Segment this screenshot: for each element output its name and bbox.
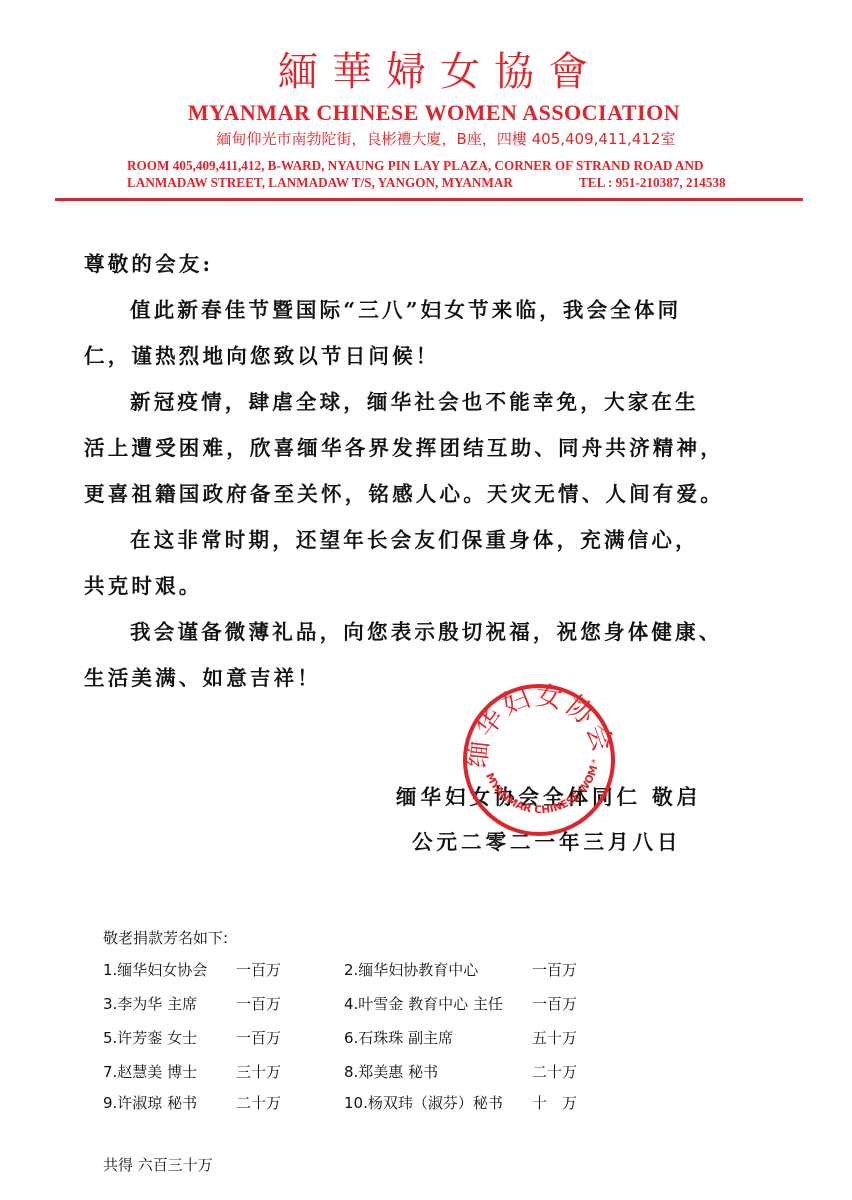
donation-row: 7.赵慧美 博士 三十万 8.郑美惠 秘书 二十万 (0, 1062, 852, 1086)
donor-name: 8.郑美惠 秘书 (344, 1062, 438, 1082)
donation-row: 3.李为华 主席 一百万 4.叶雪金 教育中心 主任 一百万 (0, 994, 852, 1018)
letterhead-address-cn: 緬甸仰光市南勃陀街，良彬禮大廈，B座，四樓 405,409,411,412室 (0, 128, 852, 150)
letter-page: 緬華婦女協會 MYANMAR CHINESE WOMEN ASSOCIATION… (0, 0, 852, 1200)
donation-row: 5.许芳銮 女士 一百万 6.石珠珠 副主席 五十万 (0, 1028, 852, 1052)
donor-name: 4.叶雪金 教育中心 主任 (344, 994, 503, 1014)
donation-amount: 一百万 (236, 960, 281, 980)
paragraph-1-line-1: 值此新春佳节暨国际“三八”妇女节来临，我会全体同 (130, 296, 830, 324)
donation-amount: 一百万 (236, 1028, 281, 1048)
donor-name: 7.赵慧美 博士 (103, 1062, 197, 1082)
letterhead-address-en-line2: LANMADAW STREET, LANMADAW T/S, YANGON, M… (127, 174, 737, 191)
paragraph-4-line-1: 我会谨备微薄礼品，向您表示殷切祝福，祝您身体健康、 (130, 618, 830, 646)
donor-name: 3.李为华 主席 (103, 994, 197, 1014)
donor-name: 6.石珠珠 副主席 (344, 1028, 453, 1048)
paragraph-1-line-2: 仁，谨热烈地向您致以节日问候！ (84, 342, 784, 370)
paragraph-2-line-3: 更喜祖籍国政府备至关怀，铭感人心。天灾无情、人间有爱。 (84, 480, 784, 508)
paragraph-3-line-2: 共克时艰。 (84, 572, 784, 600)
paragraph-2-line-2: 活上遭受困难，欣喜缅华各界发挥团结互助、同舟共济精神， (84, 434, 784, 462)
donation-row: 1.缅华妇女协会 一百万 2.缅华妇协教育中心 一百万 (0, 960, 852, 984)
donor-name: 10.杨双玮（淑芬）秘书 (344, 1093, 503, 1113)
svg-text:*: * (591, 758, 596, 769)
letterhead-telephone: TEL : 951-210387, 214538 (579, 174, 726, 191)
donation-amount: 十 万 (532, 1093, 577, 1113)
letterhead-title-en: MYANMAR CHINESE WOMEN ASSOCIATION (0, 100, 852, 126)
donation-amount: 五十万 (532, 1028, 577, 1048)
salutation: 尊敬的会友: (84, 250, 784, 278)
donations-total: 共得 六百三十万 (103, 1155, 213, 1175)
letterhead-divider (55, 198, 803, 201)
letterhead-address-en-line1: ROOM 405,409,411,412, B-WARD, NYAUNG PIN… (127, 157, 737, 174)
svg-text:*: * (481, 762, 486, 773)
donor-name: 2.缅华妇协教育中心 (344, 960, 478, 980)
seal-icon: 缅华妇女协会 MYANMAR CHINESE WOMEN ASSOCIATION… (459, 680, 619, 840)
letterhead-address-en-line2-text: LANMADAW STREET, LANMADAW T/S, YANGON, M… (127, 175, 513, 190)
donations-heading: 敬老捐款芳名如下: (103, 928, 228, 948)
donation-amount: 二十万 (236, 1093, 281, 1113)
donor-name: 1.缅华妇女协会 (103, 960, 207, 980)
association-seal: 缅华妇女协会 MYANMAR CHINESE WOMEN ASSOCIATION… (459, 680, 619, 840)
svg-text:缅华妇女协会: 缅华妇女协会 (461, 680, 618, 769)
donation-amount: 一百万 (236, 994, 281, 1014)
donation-amount: 一百万 (532, 960, 577, 980)
paragraph-4-line-2: 生活美满、如意吉祥！ (84, 664, 784, 692)
letterhead-title-cn: 緬華婦女協會 (0, 46, 852, 98)
donation-row: 9.许淑琼 秘书 二十万 10.杨双玮（淑芬）秘书 十 万 (0, 1093, 852, 1117)
donation-amount: 一百万 (532, 994, 577, 1014)
donor-name: 9.许淑琼 秘书 (103, 1093, 197, 1113)
donor-name: 5.许芳銮 女士 (103, 1028, 197, 1048)
donation-amount: 三十万 (236, 1062, 281, 1082)
donation-amount: 二十万 (532, 1062, 577, 1082)
paragraph-3-line-1: 在这非常时期，还望年长会友们保重身体，充满信心， (130, 526, 830, 554)
paragraph-2-line-1: 新冠疫情，肆虐全球，缅华社会也不能幸免，大家在生 (130, 388, 830, 416)
